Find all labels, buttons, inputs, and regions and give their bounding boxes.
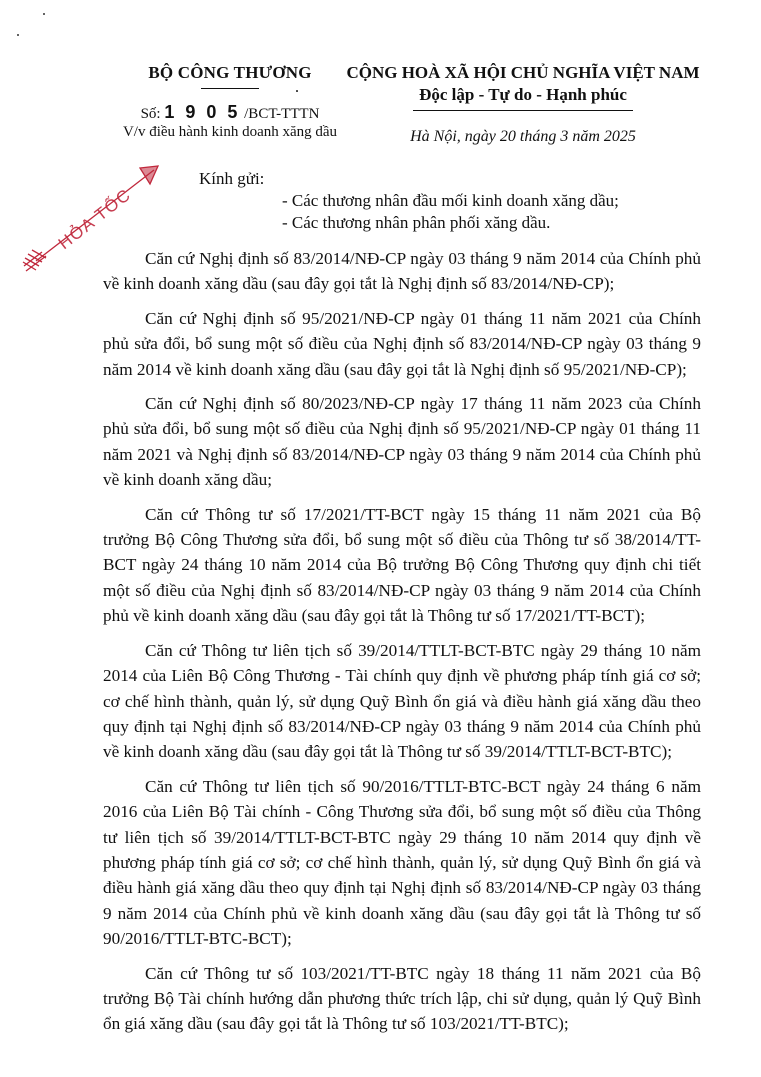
nation-title: CỘNG HOÀ XÃ HỘI CHỦ NGHĨA VIỆT NAM — [346, 62, 700, 84]
legal-basis-paragraph: Căn cứ Nghị định số 83/2014/NĐ-CP ngày 0… — [103, 246, 701, 297]
issuer-name: BỘ CÔNG THƯƠNG — [108, 62, 352, 84]
recipients-block: Kính gửi: - Các thương nhân đầu mối kinh… — [199, 168, 619, 234]
recipient-item: - Các thương nhân đầu mối kinh doanh xăn… — [282, 190, 619, 212]
issuer-underline — [201, 88, 259, 89]
recipients-list: - Các thương nhân đầu mối kinh doanh xăn… — [282, 190, 619, 234]
legal-basis-paragraph: Căn cứ Nghị định số 95/2021/NĐ-CP ngày 0… — [103, 306, 701, 382]
national-header-block: CỘNG HOÀ XÃ HỘI CHỦ NGHĨA VIỆT NAM Độc l… — [346, 62, 700, 147]
scan-speck — [43, 13, 45, 15]
national-motto: Độc lập - Tự do - Hạnh phúc — [346, 84, 700, 106]
place-date: Hà Nội, ngày 20 tháng 3 năm 2025 — [346, 127, 700, 147]
scan-speck — [17, 34, 19, 36]
document-subject: V/v điều hành kinh doanh xăng dầu — [108, 123, 352, 141]
recipients-label: Kính gửi: — [199, 168, 619, 190]
document-number: Số: 1 9 0 5 /BCT-TTTN — [108, 103, 352, 123]
document-body: Căn cứ Nghị định số 83/2014/NĐ-CP ngày 0… — [103, 246, 701, 1046]
legal-basis-paragraph: Căn cứ Thông tư liên tịch số 90/2016/TTL… — [103, 774, 701, 952]
legal-basis-paragraph: Căn cứ Thông tư số 103/2021/TT-BTC ngày … — [103, 961, 701, 1037]
document-number-suffix: /BCT-TTTN — [244, 106, 319, 122]
legal-basis-paragraph: Căn cứ Thông tư liên tịch số 39/2014/TTL… — [103, 638, 701, 765]
legal-basis-paragraph: Căn cứ Nghị định số 80/2023/NĐ-CP ngày 1… — [103, 391, 701, 493]
motto-underline — [413, 110, 633, 111]
document-number-prefix: Số: — [141, 106, 165, 122]
document-number-value: 1 9 0 5 — [164, 102, 240, 122]
issuer-block: BỘ CÔNG THƯƠNG Số: 1 9 0 5 /BCT-TTTN V/v… — [108, 62, 352, 141]
legal-basis-paragraph: Căn cứ Thông tư số 17/2021/TT-BCT ngày 1… — [103, 502, 701, 629]
recipient-item: - Các thương nhân phân phối xăng dầu. — [282, 212, 619, 234]
svg-text:HỎA TỐC: HỎA TỐC — [54, 184, 135, 253]
